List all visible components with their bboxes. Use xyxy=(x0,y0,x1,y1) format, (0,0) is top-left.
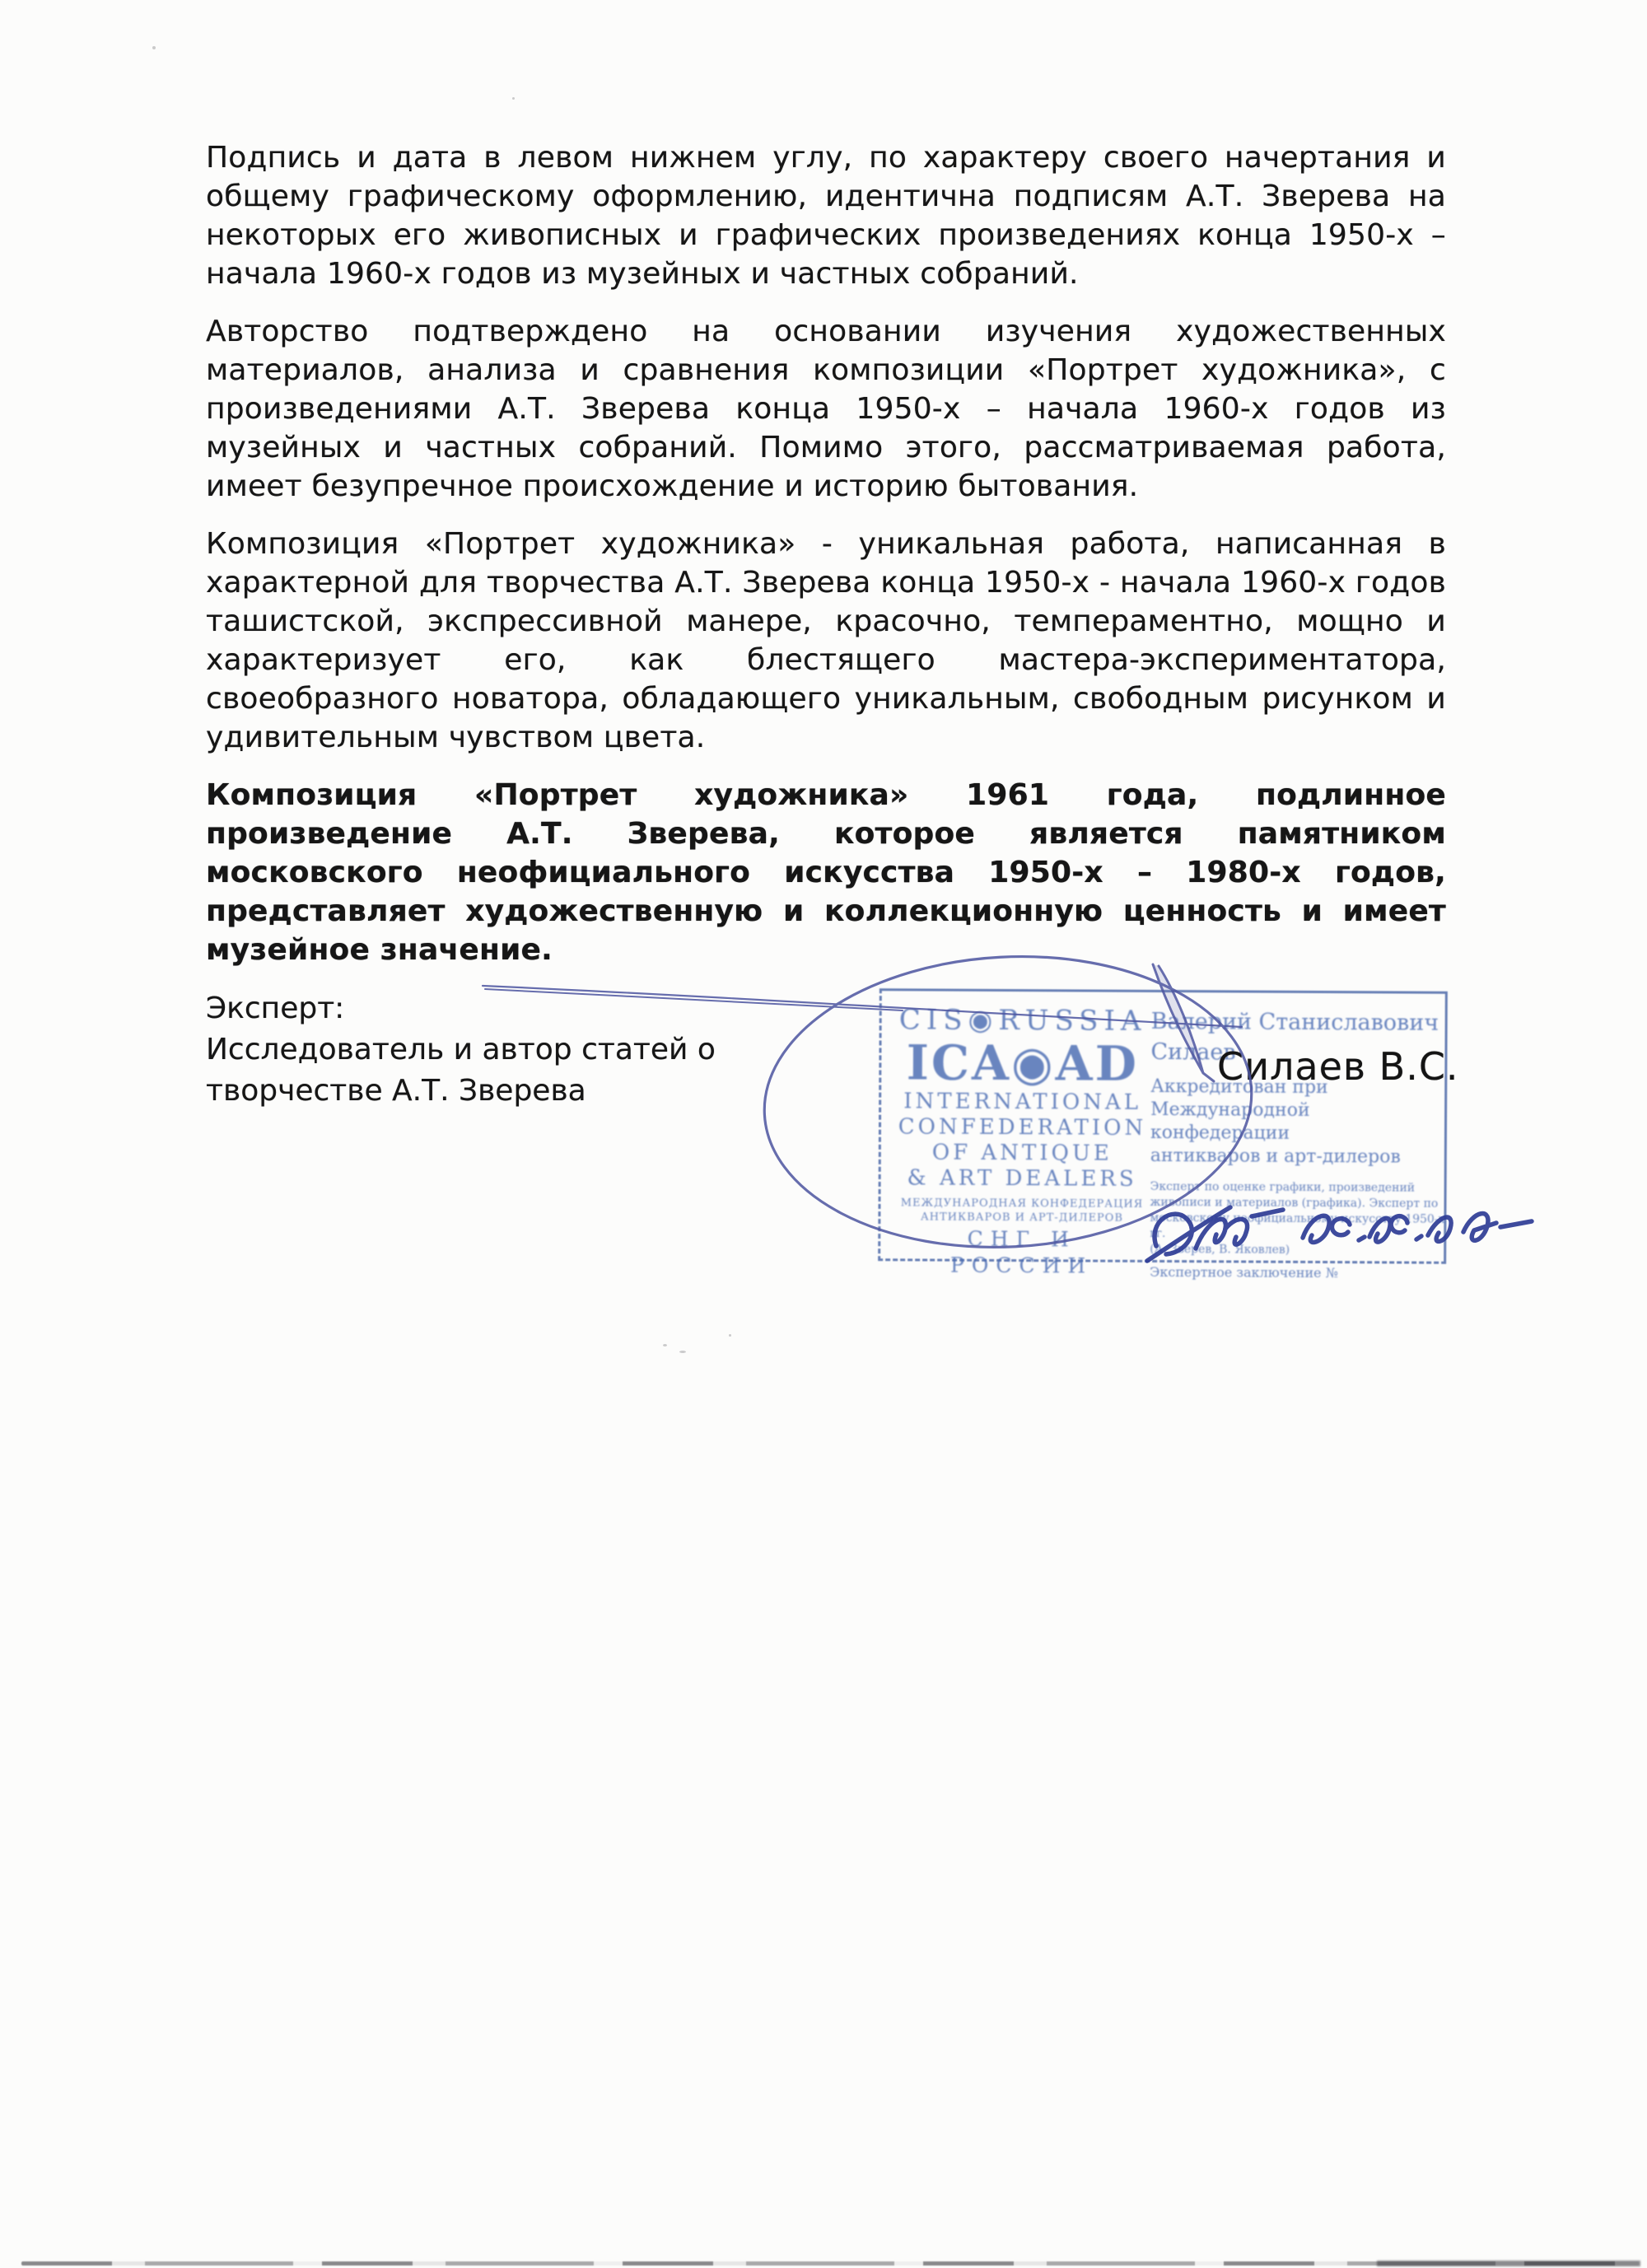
stamp-accredited-3: антикваров и арт-дилеров xyxy=(1150,1145,1447,1169)
scan-speckle xyxy=(512,97,515,100)
stamp-ink: CIS◉RUSSIA ICA◉AD INTERNATIONAL CONFEDER… xyxy=(878,988,1448,1264)
stamp-expert-first-name: Валерий Станиславович xyxy=(1151,1006,1448,1038)
paragraph-composition-description: Композиция «Портрет художника» - уникаль… xyxy=(206,525,1446,757)
stamp-ru-dealers: АНТИКВАРОВ И АРТ-ДИЛЕРОВ xyxy=(896,1210,1147,1225)
scan-speckle xyxy=(679,1351,686,1353)
stamp-sng-russia: СНГ И РОССИИ xyxy=(896,1225,1147,1280)
expert-name-printed: Силаев В.С. xyxy=(1217,1044,1459,1089)
stamp-cis-russia: CIS◉RUSSIA xyxy=(898,1003,1149,1038)
stamp-accredited-2: Международной конфедерации xyxy=(1150,1099,1447,1146)
scanned-expertise-page: Подпись и дата в левом нижнем углу, по х… xyxy=(0,0,1647,2268)
scan-speckle xyxy=(729,1334,731,1337)
paragraph-conclusion-bold: Композиция «Портрет художника» 1961 года… xyxy=(206,776,1446,969)
stamp-confederation: CONFEDERATION xyxy=(897,1114,1148,1141)
scan-edge-artifact-right xyxy=(1377,2261,1640,2266)
stamp-international: INTERNATIONAL xyxy=(897,1089,1148,1116)
paragraph-authorship-confirmed: Авторство подтверждено на основании изуч… xyxy=(206,312,1446,506)
stamp-conclusion-number-line: Экспертное заключение № xyxy=(1150,1264,1446,1282)
document-body: Подпись и дата в левом нижнем углу, по х… xyxy=(206,138,1446,1112)
stamp-left-column: CIS◉RUSSIA ICA◉AD INTERNATIONAL CONFEDER… xyxy=(896,1003,1149,1280)
icaad-stamp: CIS◉RUSSIA ICA◉AD INTERNATIONAL CONFEDER… xyxy=(878,988,1448,1264)
stamp-expertise-small-4: (А. Зверев, В. Яковлев) xyxy=(1150,1242,1446,1259)
icaad-monogram: ICA◉AD xyxy=(897,1036,1148,1090)
stamp-of-antique: OF ANTIQUE xyxy=(897,1140,1148,1167)
stamp-expertise-small-2: живописи и материалов (графика). Эксперт… xyxy=(1150,1195,1446,1212)
stamp-expertise-small-3: московскому неофициальному искусству 195… xyxy=(1150,1211,1446,1244)
paragraph-signature-identity: Подпись и дата в левом нижнем углу, по х… xyxy=(206,138,1446,293)
scan-speckle xyxy=(663,1344,667,1346)
scan-speckle xyxy=(152,46,156,49)
stamp-art-dealers: & ART DEALERS xyxy=(897,1165,1148,1192)
stamp-expertise-small-1: Эксперт по оценке графики, произведений xyxy=(1150,1179,1447,1197)
stamp-ru-confederation: МЕЖДУНАРОДНАЯ КОНФЕДЕРАЦИЯ xyxy=(896,1196,1147,1211)
